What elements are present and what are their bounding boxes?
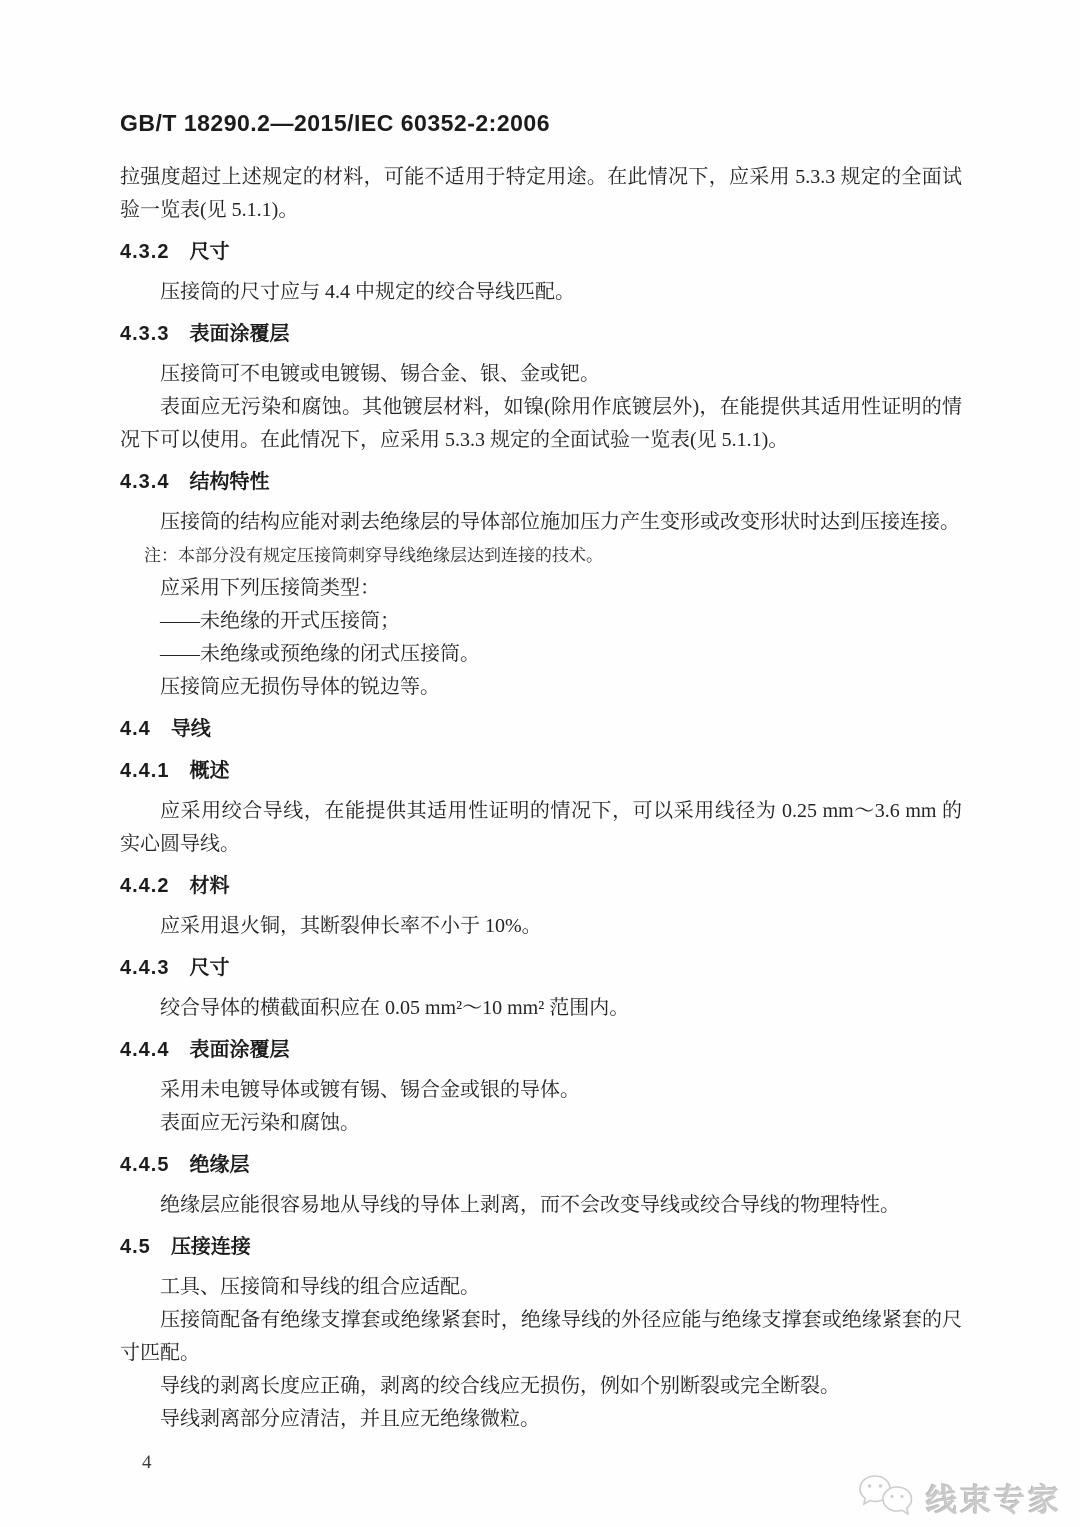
document-content: GB/T 18290.2—2015/IEC 60352-2:2006 拉强度超过… <box>120 110 962 1474</box>
section-number: 4.3.4 <box>120 471 169 493</box>
paragraph: 绞合导体的横截面积应在 0.05 mm²～10 mm² 范围内。 <box>120 992 962 1025</box>
section-number: 4.4.2 <box>120 875 169 897</box>
paragraph: 应采用下列压接筒类型： <box>120 572 962 605</box>
section-heading-4-3-4: 4.3.4结构特性 <box>120 466 962 499</box>
paragraph: 导线剥离部分应清洁，并且应无绝缘微粒。 <box>120 1403 962 1436</box>
paragraph: 压接筒可不电镀或电镀锡、锡合金、银、金或钯。 <box>120 358 962 391</box>
section-heading-4-4-3: 4.4.3尺寸 <box>120 952 962 985</box>
paragraph: 应采用退火铜，其断裂伸长率不小于 10%。 <box>120 910 962 943</box>
section-heading-4-4-5: 4.4.5绝缘层 <box>120 1149 962 1182</box>
paragraph: 工具、压接筒和导线的组合应适配。 <box>120 1271 962 1304</box>
section-title: 尺寸 <box>189 241 229 263</box>
paragraph: 表面应无污染和腐蚀。 <box>120 1107 962 1140</box>
section-number: 4.4 <box>120 718 151 740</box>
section-number: 4.3.2 <box>120 241 169 263</box>
section-title: 导线 <box>171 718 211 740</box>
document-page: GB/T 18290.2—2015/IEC 60352-2:2006 拉强度超过… <box>0 0 1080 1527</box>
section-number: 4.5 <box>120 1236 151 1258</box>
section-heading-4-4-4: 4.4.4表面涂覆层 <box>120 1034 962 1067</box>
paragraph: 压接筒配备有绝缘支撑套或绝缘紧套时，绝缘导线的外径应能与绝缘支撑套或绝缘紧套的尺… <box>120 1304 962 1370</box>
section-number: 4.4.5 <box>120 1154 169 1176</box>
section-title: 尺寸 <box>189 957 229 979</box>
standard-number-header: GB/T 18290.2—2015/IEC 60352-2:2006 <box>120 110 962 137</box>
dash-list-item: ——未绝缘的开式压接筒； <box>120 605 962 638</box>
paragraph: 压接筒的结构应能对剥去绝缘层的导体部位施加压力产生变形或改变形状时达到压接连接。 <box>120 506 962 539</box>
paragraph: 采用未电镀导体或镀有锡、锡合金或银的导体。 <box>120 1074 962 1107</box>
section-heading-4-4: 4.4导线 <box>120 713 962 746</box>
watermark-label: 线束专家 <box>926 1475 1062 1520</box>
section-number: 4.4.3 <box>120 957 169 979</box>
section-title: 结构特性 <box>189 471 269 493</box>
section-title: 压接连接 <box>171 1236 251 1258</box>
paragraph: 应采用绞合导线，在能提供其适用性证明的情况下，可以采用线径为 0.25 mm～3… <box>120 795 962 861</box>
section-heading-4-3-3: 4.3.3表面涂覆层 <box>120 318 962 351</box>
dash-list-item: ——未绝缘或预绝缘的闭式压接筒。 <box>120 638 962 671</box>
section-number: 4.3.3 <box>120 323 169 345</box>
section-heading-4-3-2: 4.3.2尺寸 <box>120 236 962 269</box>
paragraph: 压接筒应无损伤导体的锐边等。 <box>120 671 962 704</box>
section-title: 表面涂覆层 <box>189 323 289 345</box>
watermark: 线束专家 <box>856 1473 1062 1521</box>
section-title: 概述 <box>189 760 229 782</box>
section-title: 材料 <box>189 875 229 897</box>
paragraph: 表面应无污染和腐蚀。其他镀层材料，如镍(除用作底镀层外)，在能提供其适用性证明的… <box>120 391 962 457</box>
paragraph-continuation: 拉强度超过上述规定的材料，可能不适用于特定用途。在此情况下，应采用 5.3.3 … <box>120 161 962 227</box>
section-heading-4-4-2: 4.4.2材料 <box>120 870 962 903</box>
page-number: 4 <box>142 1452 962 1474</box>
section-number: 4.4.1 <box>120 760 169 782</box>
section-title: 绝缘层 <box>189 1154 249 1176</box>
section-heading-4-5: 4.5压接连接 <box>120 1231 962 1264</box>
paragraph: 导线的剥离长度应正确，剥离的绞合线应无损伤，例如个别断裂或完全断裂。 <box>120 1370 962 1403</box>
section-title: 表面涂覆层 <box>189 1039 289 1061</box>
note-text: 注：本部分没有规定压接筒刺穿导线绝缘层达到连接的技术。 <box>144 539 962 572</box>
paragraph: 压接筒的尺寸应与 4.4 中规定的绞合导线匹配。 <box>120 276 962 309</box>
section-number: 4.4.4 <box>120 1039 169 1061</box>
paragraph: 绝缘层应能很容易地从导线的导体上剥离，而不会改变导线或绞合导线的物理特性。 <box>120 1189 962 1222</box>
section-heading-4-4-1: 4.4.1概述 <box>120 755 962 788</box>
wechat-chat-bubbles-icon <box>856 1473 918 1521</box>
